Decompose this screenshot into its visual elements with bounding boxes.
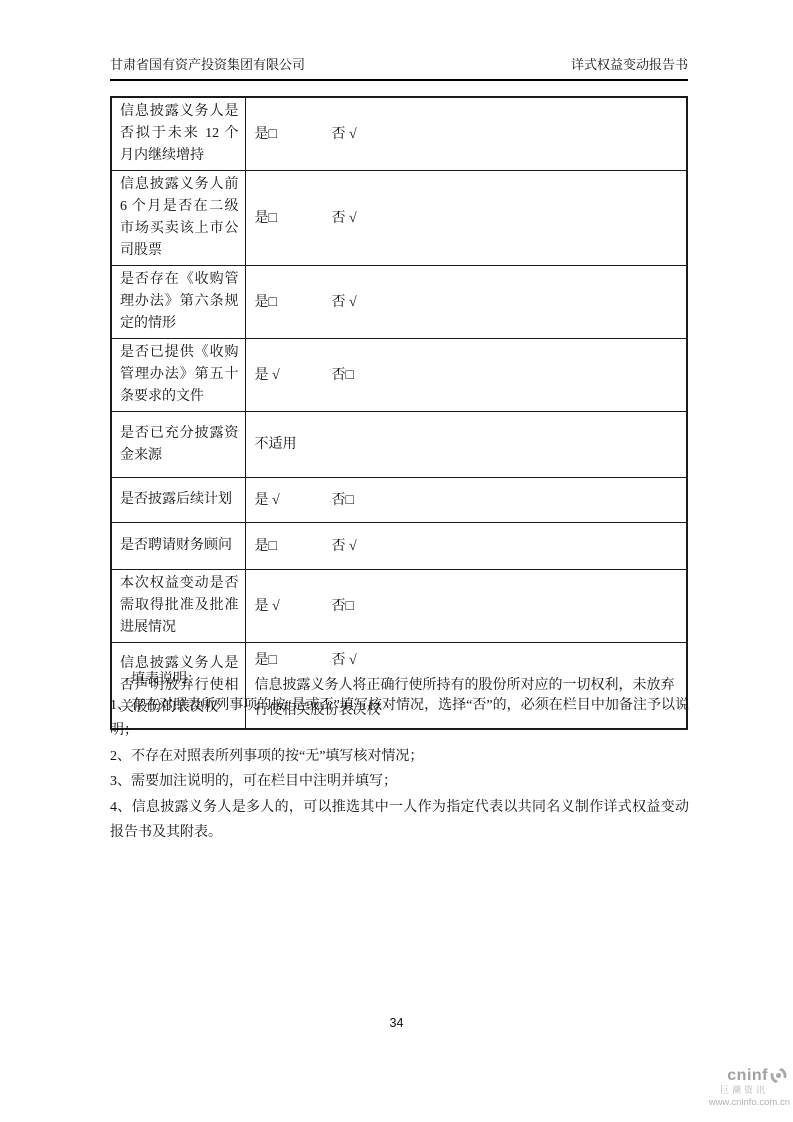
question-label: 是否存在《收购管理办法》第六条规定的情形 — [111, 266, 245, 339]
no-option: 否□ — [332, 368, 354, 383]
note-item-1: 1、存在对照表所列事项的按“是或否”填写核对情况，选择“否”的，必须在栏目中加备… — [110, 693, 689, 744]
answer-value: 不适用 — [255, 437, 297, 452]
qa-table: 信息披露义务人是否拟于未来 12 个月内继续增持 是□否 √ 信息披露义务人前 … — [110, 96, 688, 730]
table-row: 信息披露义务人前 6 个月是否在二级市场买卖该上市公司股票 是□否 √ — [111, 171, 687, 266]
answer-cell: 是□否 √ — [245, 171, 687, 266]
yes-option: 是 √ — [255, 363, 332, 388]
note-item-2: 2、不存在对照表所列事项的按“无”填写核对情况； — [110, 744, 689, 770]
note-item-3: 3、需要加注说明的，可在栏目中注明并填写； — [110, 769, 689, 795]
yes-option: 是 √ — [255, 594, 332, 619]
answer-cell: 是□否 √ — [245, 523, 687, 570]
note-item-4: 4、信息披露义务人是多人的，可以推选其中一人作为指定代表以共同名义制作详式权益变… — [110, 795, 689, 846]
cninfo-brand-text: cninf — [727, 1067, 768, 1085]
notes-section: 填表说明： 1、存在对照表所列事项的按“是或否”填写核对情况，选择“否”的，必须… — [110, 667, 689, 846]
header-company-name: 甘肃省国有资产投资集团有限公司 — [110, 54, 305, 73]
yes-option: 是□ — [255, 206, 332, 231]
answer-cell: 是□否 √ — [245, 97, 687, 171]
no-option: 否 √ — [332, 653, 357, 668]
answer-cell: 是 √否□ — [245, 570, 687, 643]
cninfo-logo: cninf 巨潮资讯 www.cninfo.com.cn — [680, 1066, 790, 1108]
document-page: 甘肃省国有资产投资集团有限公司 详式权益变动报告书 信息披露义务人是否拟于未来 … — [0, 0, 793, 1122]
table-row: 是否披露后续计划 是 √否□ — [111, 478, 687, 523]
question-label: 是否已充分披露资金来源 — [111, 412, 245, 478]
answer-cell: 是□否 √ — [245, 266, 687, 339]
no-option: 否 √ — [332, 295, 357, 310]
no-option: 否 √ — [332, 539, 357, 554]
page-number: 34 — [0, 1016, 793, 1030]
notes-title: 填表说明： — [110, 667, 689, 693]
question-label: 是否聘请财务顾问 — [111, 523, 245, 570]
question-label: 信息披露义务人前 6 个月是否在二级市场买卖该上市公司股票 — [111, 171, 245, 266]
no-option: 否□ — [332, 599, 354, 614]
table-row: 是否已提供《收购管理办法》第五十条要求的文件 是 √否□ — [111, 339, 687, 412]
yes-option: 是□ — [255, 290, 332, 315]
no-option: 否 √ — [332, 127, 357, 142]
answer-cell: 是 √否□ — [245, 339, 687, 412]
question-label: 信息披露义务人是否拟于未来 12 个月内继续增持 — [111, 97, 245, 171]
yes-option: 是□ — [255, 534, 332, 559]
table-row: 是否聘请财务顾问 是□否 √ — [111, 523, 687, 570]
cninfo-url: www.cninfo.com.cn — [680, 1098, 790, 1108]
header-doc-title: 详式权益变动报告书 — [571, 54, 688, 73]
cninfo-cn-name: 巨潮资讯 — [680, 1086, 790, 1096]
answer-cell: 是 √否□ — [245, 478, 687, 523]
page-header: 甘肃省国有资产投资集团有限公司 详式权益变动报告书 — [110, 54, 688, 81]
question-label: 本次权益变动是否需取得批准及批准进展情况 — [111, 570, 245, 643]
cninfo-swirl-icon — [769, 1066, 788, 1085]
yes-option: 是 √ — [255, 488, 332, 513]
question-label: 是否披露后续计划 — [111, 478, 245, 523]
no-option: 否 √ — [332, 211, 357, 226]
question-label: 是否已提供《收购管理办法》第五十条要求的文件 — [111, 339, 245, 412]
table-row: 本次权益变动是否需取得批准及批准进展情况 是 √否□ — [111, 570, 687, 643]
table-row: 是否已充分披露资金来源 不适用 — [111, 412, 687, 478]
answer-cell: 不适用 — [245, 412, 687, 478]
table-row: 信息披露义务人是否拟于未来 12 个月内继续增持 是□否 √ — [111, 97, 687, 171]
yes-option: 是□ — [255, 122, 332, 147]
table-row: 是否存在《收购管理办法》第六条规定的情形 是□否 √ — [111, 266, 687, 339]
no-option: 否□ — [332, 493, 354, 508]
